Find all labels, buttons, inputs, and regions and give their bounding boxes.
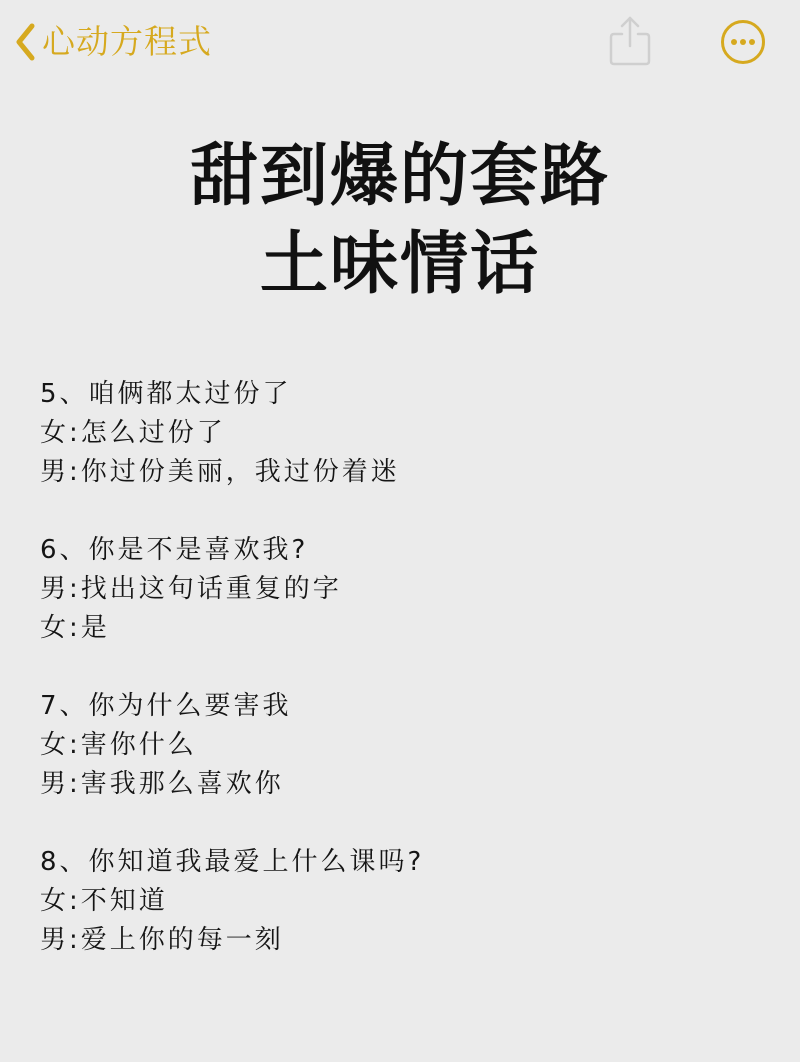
navigation-bar: 心动方程式 (0, 0, 800, 90)
chevron-left-icon (14, 23, 36, 61)
list-item: 7、你为什么要害我 女:害你什么 男:害我那么喜欢你 (40, 687, 760, 804)
question-line: 8、你知道我最爱上什么课吗? (40, 843, 760, 882)
reply-line: 女:怎么过份了 (40, 414, 760, 453)
more-circle-icon (720, 50, 766, 69)
reply-line: 女:不知道 (40, 882, 760, 921)
note-title: 甜到爆的套路 土味情话 (0, 133, 800, 309)
question-line: 6、你是不是喜欢我? (40, 531, 760, 570)
reply-line: 男:爱上你的每一刻 (40, 921, 760, 960)
reply-line: 男:找出这句话重复的字 (40, 570, 760, 609)
note-body: 5、咱俩都太过份了 女:怎么过份了 男:你过份美丽，我过份着迷 6、你是不是喜欢… (40, 375, 760, 999)
reply-line: 男:害我那么喜欢你 (40, 765, 760, 804)
question-line: 5、咱俩都太过份了 (40, 375, 760, 414)
back-button[interactable]: 心动方程式 (14, 20, 212, 64)
reply-line: 女:害你什么 (40, 726, 760, 765)
list-item: 6、你是不是喜欢我? 男:找出这句话重复的字 女:是 (40, 531, 760, 648)
title-line: 土味情话 (0, 221, 800, 309)
reply-line: 女:是 (40, 609, 760, 648)
back-label: 心动方程式 (42, 20, 212, 64)
question-line: 7、你为什么要害我 (40, 687, 760, 726)
list-item: 5、咱俩都太过份了 女:怎么过份了 男:你过份美丽，我过份着迷 (40, 375, 760, 492)
title-line: 甜到爆的套路 (0, 133, 800, 221)
share-button[interactable] (606, 14, 654, 68)
more-button[interactable] (720, 19, 766, 65)
share-icon (606, 53, 654, 72)
list-item: 8、你知道我最爱上什么课吗? 女:不知道 男:爱上你的每一刻 (40, 843, 760, 960)
reply-line: 男:你过份美丽，我过份着迷 (40, 453, 760, 492)
